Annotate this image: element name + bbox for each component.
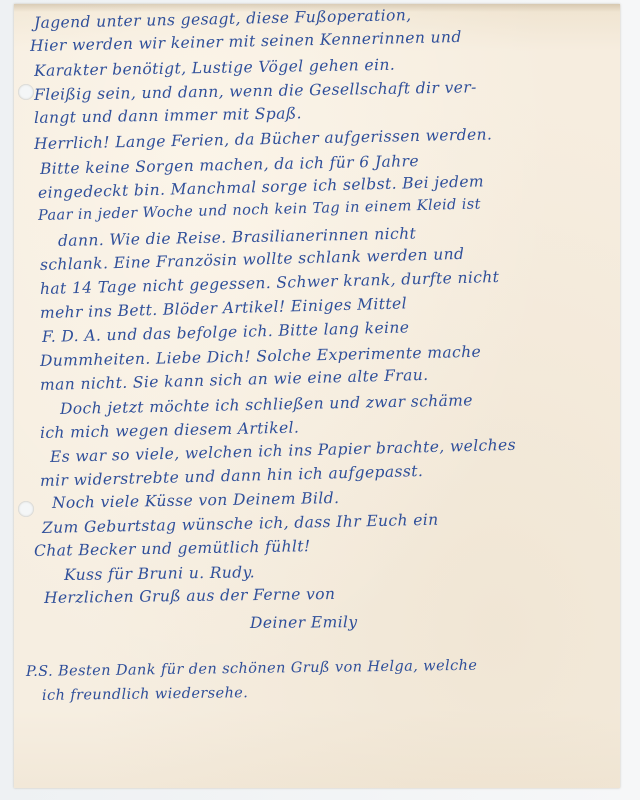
letter-line-24: Kuss für Bruni u. Rudy. xyxy=(64,563,255,584)
letter-line-12: hat 14 Tage nicht gegessen. Schwer krank… xyxy=(40,268,500,298)
letter-line-9: Paar in jeder Woche und noch kein Tag in… xyxy=(38,196,481,224)
punch-hole xyxy=(18,84,34,100)
letter-page: Jagend unter uns gesagt, diese Fußoperat… xyxy=(14,4,620,788)
letter-line-25: Herzlichen Gruß aus der Ferne von xyxy=(44,585,336,607)
letter-line-23: Chat Becker und gemütlich fühlt! xyxy=(34,537,311,560)
postscript-line-2: ich freundlich wiedersehe. xyxy=(42,685,248,704)
letter-line-16: man nicht. Sie kann sich an wie eine alt… xyxy=(40,366,429,394)
letter-line-22: Zum Geburtstag wünsche ich, dass Ihr Euc… xyxy=(42,511,439,537)
punch-hole xyxy=(18,501,34,517)
letter-line-4: Fleißig sein, und dann, wenn die Gesells… xyxy=(34,78,477,104)
letter-line-17: Doch jetzt möchte ich schließen und zwar… xyxy=(60,391,473,418)
letter-line-21: Noch viele Küsse von Deinem Bild. xyxy=(52,489,340,512)
letter-line-5: langt und dann immer mit Spaß. xyxy=(34,104,302,127)
postscript-line-1: P.S. Besten Dank für den schönen Gruß vo… xyxy=(26,658,478,680)
letter-line-20: mir widerstrebte und dann hin ich aufgep… xyxy=(40,462,424,490)
signature: Deiner Emily xyxy=(250,613,358,632)
letter-line-3: Karakter benötigt, Lustige Vögel gehen e… xyxy=(34,56,395,80)
letter-line-10: dann. Wie die Reise. Brasilianerinnen ni… xyxy=(58,225,416,250)
letter-line-2: Hier werden wir keiner mit seinen Kenner… xyxy=(30,28,462,55)
letter-line-14: F. D. A. und das befolge ich. Bitte lang… xyxy=(42,318,410,346)
letter-line-6: Herrlich! Lange Ferien, da Bücher aufger… xyxy=(34,125,493,153)
letter-line-18: ich mich wegen diesem Artikel. xyxy=(40,419,300,442)
letter-line-13: mehr ins Bett. Blöder Artikel! Einiges M… xyxy=(40,294,407,322)
letter-line-7: Bitte keine Sorgen machen, da ich für 6 … xyxy=(40,152,419,178)
